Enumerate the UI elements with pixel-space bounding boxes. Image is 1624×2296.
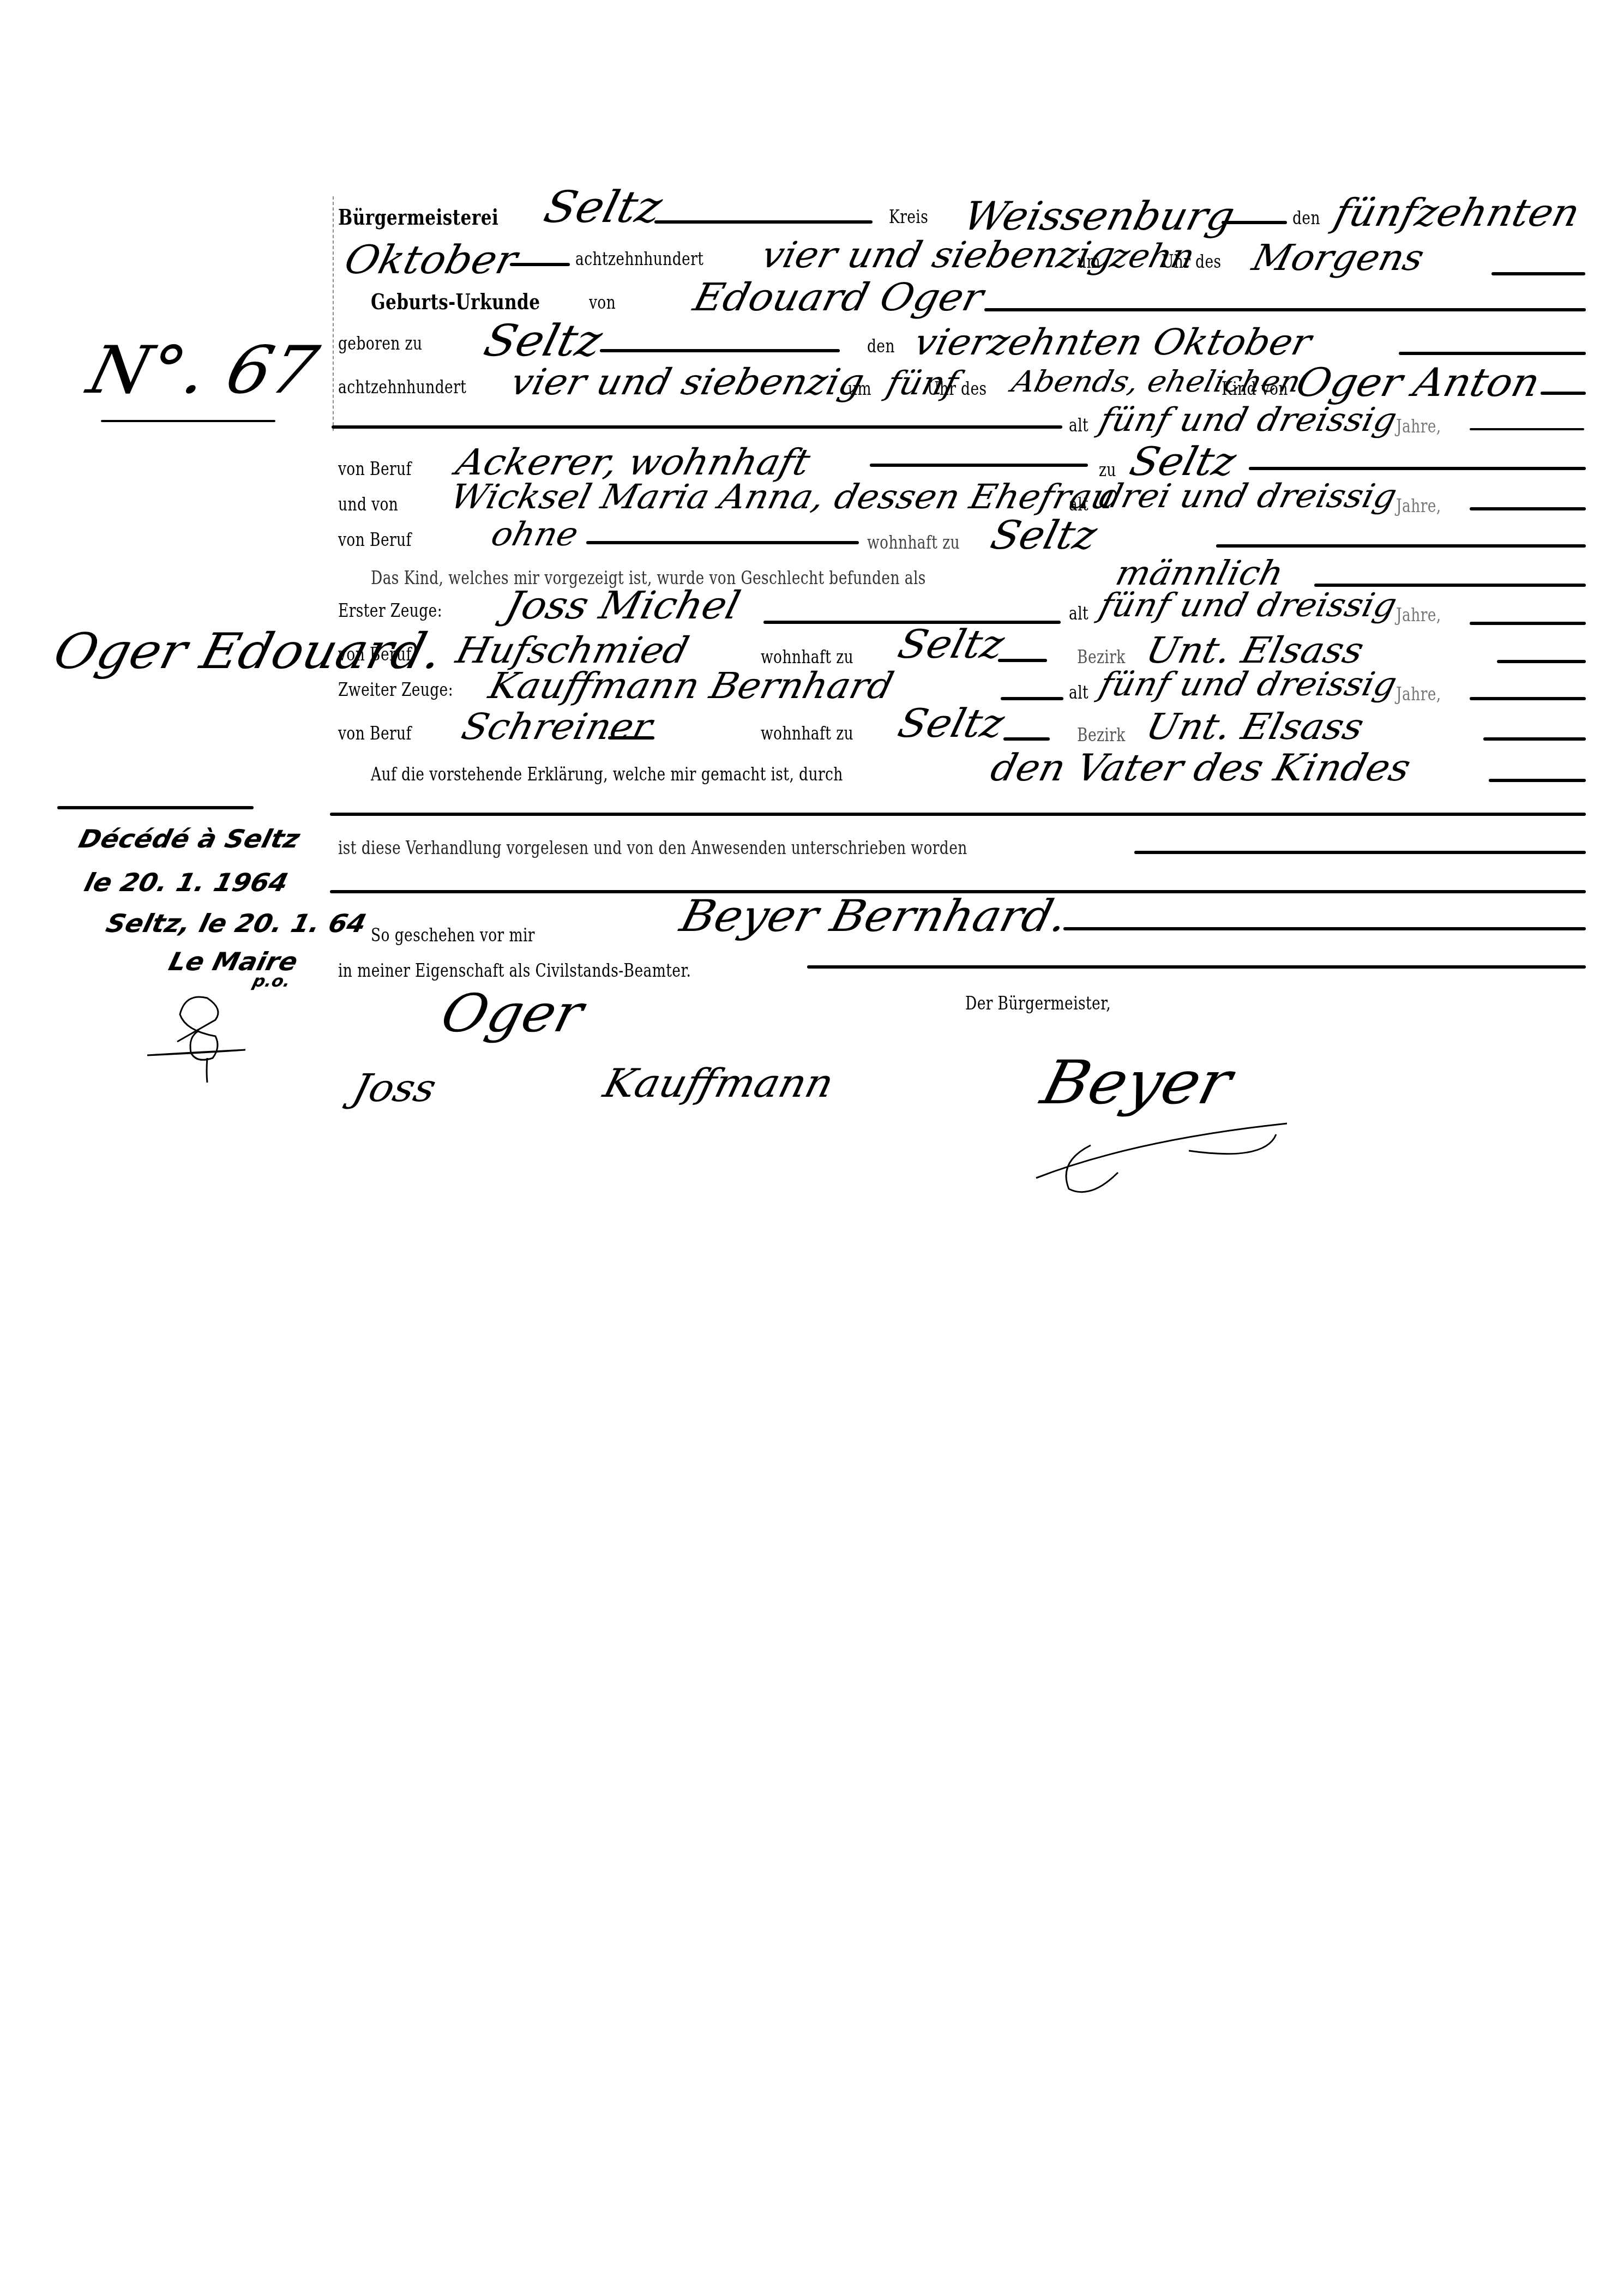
fill-line — [1541, 392, 1586, 395]
fill-line — [870, 464, 1088, 467]
label-alt: alt — [1069, 414, 1088, 436]
label-wohnhaft-zu: wohnhaft zu — [867, 532, 960, 554]
label-alt-3: alt — [1069, 603, 1088, 624]
entry-buergermeisterei: Seltz — [540, 185, 666, 229]
fill-line — [1063, 927, 1586, 930]
fill-line — [1491, 272, 1585, 275]
label-von-beruf-2: von Beruf — [338, 529, 412, 551]
signature-father: Oger — [436, 987, 588, 1039]
label-alt-4: alt — [1069, 682, 1088, 704]
label-von-beruf: von Beruf — [338, 458, 412, 480]
form-border — [333, 196, 334, 431]
french-note-line: Seltz, le 20. 1. 64 — [104, 911, 369, 936]
label-wohnhaft-zu-4: wohnhaft zu — [761, 723, 853, 744]
entry-witness2-name: Kauffmann Bernhard — [485, 668, 897, 704]
french-note-line: le 20. 1. 1964 — [82, 870, 291, 895]
entry-father-residence: Seltz — [1126, 442, 1240, 481]
entry-date-day: fünfzehnten — [1331, 194, 1584, 232]
label-ist-diese: ist diese Verhandlung vorgelesen und von… — [338, 837, 967, 859]
fill-line — [330, 813, 1586, 816]
entry-sex: männlich — [1112, 556, 1287, 590]
fill-line — [1003, 737, 1050, 741]
label-in-meiner: in meiner Eigenschaft als Civilstands-Be… — [338, 960, 691, 982]
entry-witness2-occupation: Schreiner — [458, 709, 655, 745]
fill-line — [1470, 697, 1586, 700]
label-von-beruf-4: von Beruf — [338, 723, 412, 744]
signature-witness1: Joss — [349, 1069, 440, 1107]
divider — [101, 420, 275, 422]
entry-birth-year: vier und siebenzig — [507, 364, 868, 400]
signature-witness2: Kauffmann — [600, 1063, 838, 1103]
label-jahre: Jahre, — [1396, 416, 1441, 437]
entry-witness1-age: fünf und dreissig — [1096, 589, 1400, 622]
entry-kreis: Weissenburg — [960, 196, 1238, 236]
label-zweiter-zeuge: Zweiter Zeuge: — [338, 679, 453, 701]
fill-line — [998, 659, 1047, 662]
label-um: um — [1077, 251, 1100, 273]
mayor-paraph-icon — [125, 976, 256, 1085]
label-bezirk: Bezirk — [1077, 646, 1126, 668]
fill-line — [984, 308, 1586, 311]
label-kreis: Kreis — [889, 206, 928, 228]
divider — [57, 806, 254, 809]
fill-line — [1497, 660, 1586, 663]
fill-line — [1470, 622, 1586, 625]
label-jahre-3: Jahre, — [1396, 604, 1441, 626]
entry-mother-age: drei und dreissig — [1096, 480, 1400, 513]
fill-line — [1470, 507, 1586, 510]
fill-line — [608, 736, 654, 740]
entry-witness1-occupation: Hufschmied — [453, 633, 692, 669]
fill-line — [586, 541, 859, 544]
label-und-von: und von — [338, 494, 398, 515]
label-den-4: den — [867, 335, 895, 357]
fill-line — [600, 349, 840, 352]
label-so-geschehen: So geschehen vor mir — [371, 924, 535, 946]
signature-mayor: Beyer — [1036, 1053, 1237, 1113]
french-note-line: Le Maire — [166, 949, 300, 974]
french-note-line: Décédé à Seltz — [76, 826, 303, 851]
fill-line — [1001, 697, 1063, 700]
fill-line — [654, 220, 873, 224]
french-note-line: p.o. — [251, 973, 292, 990]
label-von: von — [589, 292, 616, 314]
fill-line — [1489, 779, 1586, 782]
entry-birth-place: Seltz — [480, 319, 606, 363]
label-geburts-urkunde: Geburts-Urkunde — [371, 289, 540, 315]
entry-witness2-residence: Seltz — [894, 704, 1008, 743]
entry-mother-residence: Seltz — [987, 515, 1101, 555]
fill-line — [332, 425, 1062, 429]
entry-time-of-day: Morgens — [1249, 240, 1428, 276]
label-geboren-zu: geboren zu — [338, 333, 422, 354]
label-auf-die: Auf die vorstehende Erklärung, welche mi… — [371, 764, 843, 785]
entry-father: Oger Anton — [1292, 363, 1544, 402]
entry-witness1-residence: Seltz — [894, 624, 1008, 664]
entry-official: Beyer Bernhard. — [676, 894, 1072, 938]
entry-date-month: Oktober — [341, 240, 521, 279]
entry-child-name: Edouard Oger — [690, 278, 987, 316]
record-number: N°. 67 — [82, 338, 324, 404]
label-jahre-4: Jahre, — [1396, 683, 1441, 705]
fill-line — [510, 263, 570, 266]
label-buergermeisterei: Bürgermeisterei — [338, 205, 498, 230]
entry-father-age: fünf und dreissig — [1096, 404, 1400, 436]
birth-certificate-page: N°. 67 Oger Edouard. Décédé à Seltz le 2… — [0, 0, 1624, 2296]
entry-father-occupation: Ackerer, wohnhaft — [453, 444, 814, 480]
entry-declared-by: den Vater des Kindes — [987, 750, 1414, 787]
fill-line — [807, 965, 1586, 969]
entry-birth-day: vierzehnten Oktober — [911, 324, 1315, 360]
fill-line — [1222, 221, 1287, 224]
label-uhr-des-2: Uhr des — [927, 378, 987, 400]
fill-line — [1134, 851, 1586, 854]
label-um-2: um — [848, 378, 871, 400]
entry-year: vier und siebenzig — [758, 237, 1118, 273]
label-jahre-2: Jahre, — [1396, 495, 1441, 517]
label-uhr-des: Uhr des — [1162, 251, 1222, 273]
entry-witness2-district: Unt. Elsass — [1142, 709, 1367, 745]
entry-witness1-district: Unt. Elsass — [1142, 633, 1367, 669]
label-erster-zeuge: Erster Zeuge: — [338, 600, 442, 622]
mayor-signature-flourish-icon — [1025, 1107, 1309, 1194]
label-kind-von: Kind von — [1222, 378, 1288, 400]
entry-mother: Wicksel Maria Anna, dessen Ehefrau — [447, 480, 1118, 514]
label-achtzehnhundert-2: achtzehnhundert — [338, 376, 466, 398]
label-von-beruf-3: von Beruf — [338, 644, 412, 665]
fill-line — [1483, 737, 1586, 741]
label-bezirk-2: Bezirk — [1077, 724, 1126, 746]
label-der-buergermeister: Der Bürgermeister, — [965, 993, 1111, 1014]
fill-line — [1249, 467, 1586, 470]
label-den: den — [1292, 207, 1320, 229]
fill-line — [1216, 544, 1586, 548]
label-achtzehnhundert: achtzehnhundert — [575, 248, 703, 270]
fill-line — [1399, 352, 1586, 355]
entry-mother-occupation: ohne — [488, 518, 581, 551]
entry-witness2-age: fünf und dreissig — [1096, 668, 1400, 701]
fill-line — [1470, 428, 1584, 430]
entry-witness1-name: Joss Michel — [502, 586, 744, 624]
